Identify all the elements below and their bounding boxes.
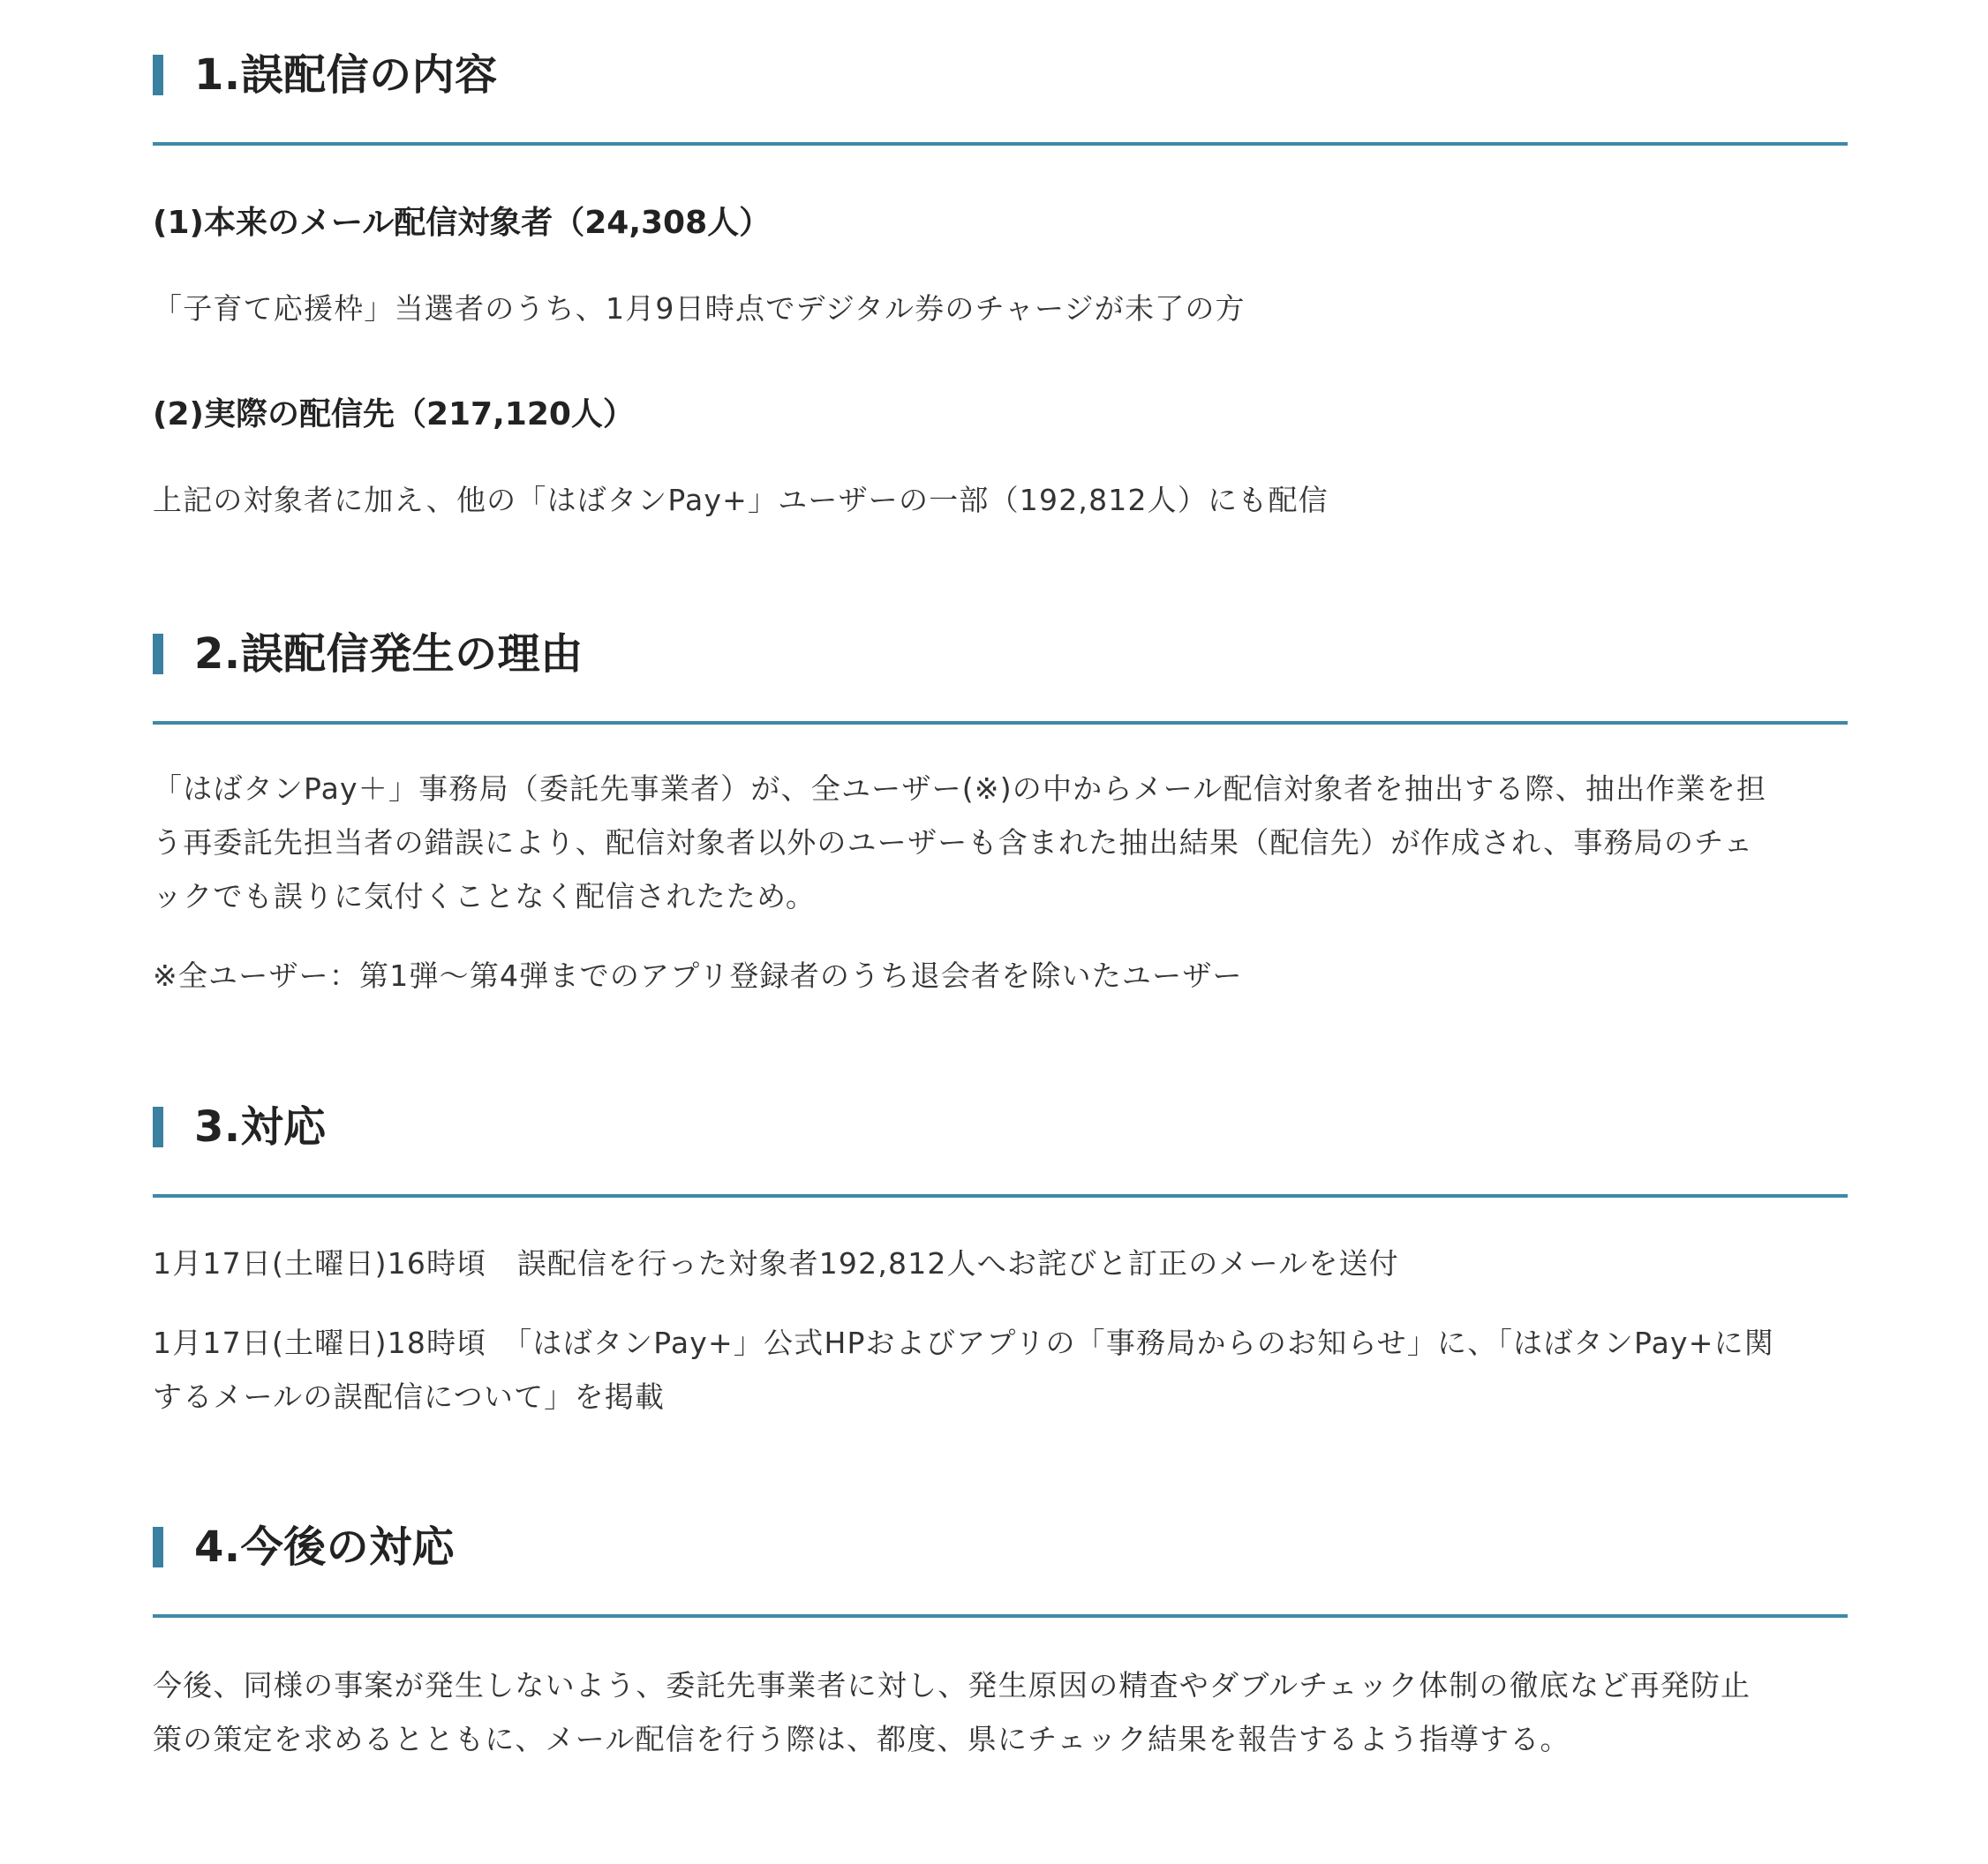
heading-accent-bar <box>153 1107 163 1147</box>
heading-accent-bar <box>153 55 163 95</box>
section-title: 4.今後の対応 <box>194 1515 455 1579</box>
future-measures-line: 策の策定を求めるとともに、メール配信を行う際は、都度、県にチェック結果を報告する… <box>153 1712 1848 1766</box>
section-future-measures: 4.今後の対応 今後、同様の事案が発生しないよう、委託先事業者に対し、発生原因の… <box>153 1527 1848 1618</box>
section-misdelivery-content: 1.誤配信の内容 (1)本来のメール配信対象者（24,308人） 「子育て応援枠… <box>153 55 1848 146</box>
response-line: するメールの誤配信について」を掲載 <box>153 1370 1848 1424</box>
reason-note: ※全ユーザー：第1弾～第4弾までのアプリ登録者のうち退会者を除いたユーザー <box>153 949 1848 1003</box>
reason-paragraph: 「はばタンPay＋」事務局（委託先事業者）が、全ユーザー(※)の中からメール配信… <box>153 762 1848 923</box>
section-title: 1.誤配信の内容 <box>194 43 498 107</box>
future-measures-line: 今後、同様の事案が発生しないよう、委託先事業者に対し、発生原因の精査やダブルチェ… <box>153 1658 1848 1712</box>
section-misdelivery-reason: 2.誤配信発生の理由 「はばタンPay＋」事務局（委託先事業者）が、全ユーザー(… <box>153 634 1848 725</box>
reason-line: 「はばタンPay＋」事務局（委託先事業者）が、全ユーザー(※)の中からメール配信… <box>153 762 1848 815</box>
response-item-website-notice: 1月17日(土曜日)18時頃 「はばタンPay+」公式HPおよびアプリの「事務局… <box>153 1316 1848 1424</box>
section-title: 3.対応 <box>194 1095 327 1159</box>
heading-accent-bar <box>153 634 163 674</box>
section-heading: 1.誤配信の内容 <box>153 55 1848 146</box>
section-title: 2.誤配信発生の理由 <box>194 622 584 686</box>
response-line: 1月17日(土曜日)16時頃 誤配信を行った対象者192,812人へお詫びと訂正… <box>153 1236 1848 1290</box>
reason-line: ックでも誤りに気付くことなく配信されたため。 <box>153 869 1848 923</box>
section-heading: 2.誤配信発生の理由 <box>153 634 1848 725</box>
subsection-heading-actual-recipients: (2)実際の配信先（217,120人） <box>153 393 635 437</box>
subsection-body-intended-recipients: 「子育て応援枠」当選者のうち、1月9日時点でデジタル券のチャージが未了の方 <box>153 282 1848 335</box>
reason-line: う再委託先担当者の錯誤により、配信対象者以外のユーザーも含まれた抽出結果（配信先… <box>153 815 1848 869</box>
section-heading: 3.対応 <box>153 1107 1848 1198</box>
subsection-heading-intended-recipients: (1)本来のメール配信対象者（24,308人） <box>153 201 771 245</box>
response-item-apology-email: 1月17日(土曜日)16時頃 誤配信を行った対象者192,812人へお詫びと訂正… <box>153 1236 1848 1290</box>
subsection-body-actual-recipients: 上記の対象者に加え、他の「はばタンPay+」ユーザーの一部（192,812人）に… <box>153 473 1848 527</box>
heading-accent-bar <box>153 1527 163 1567</box>
future-measures-paragraph: 今後、同様の事案が発生しないよう、委託先事業者に対し、発生原因の精査やダブルチェ… <box>153 1658 1848 1766</box>
section-response: 3.対応 1月17日(土曜日)16時頃 誤配信を行った対象者192,812人へお… <box>153 1107 1848 1198</box>
section-heading: 4.今後の対応 <box>153 1527 1848 1618</box>
response-line: 1月17日(土曜日)18時頃 「はばタンPay+」公式HPおよびアプリの「事務局… <box>153 1316 1848 1370</box>
